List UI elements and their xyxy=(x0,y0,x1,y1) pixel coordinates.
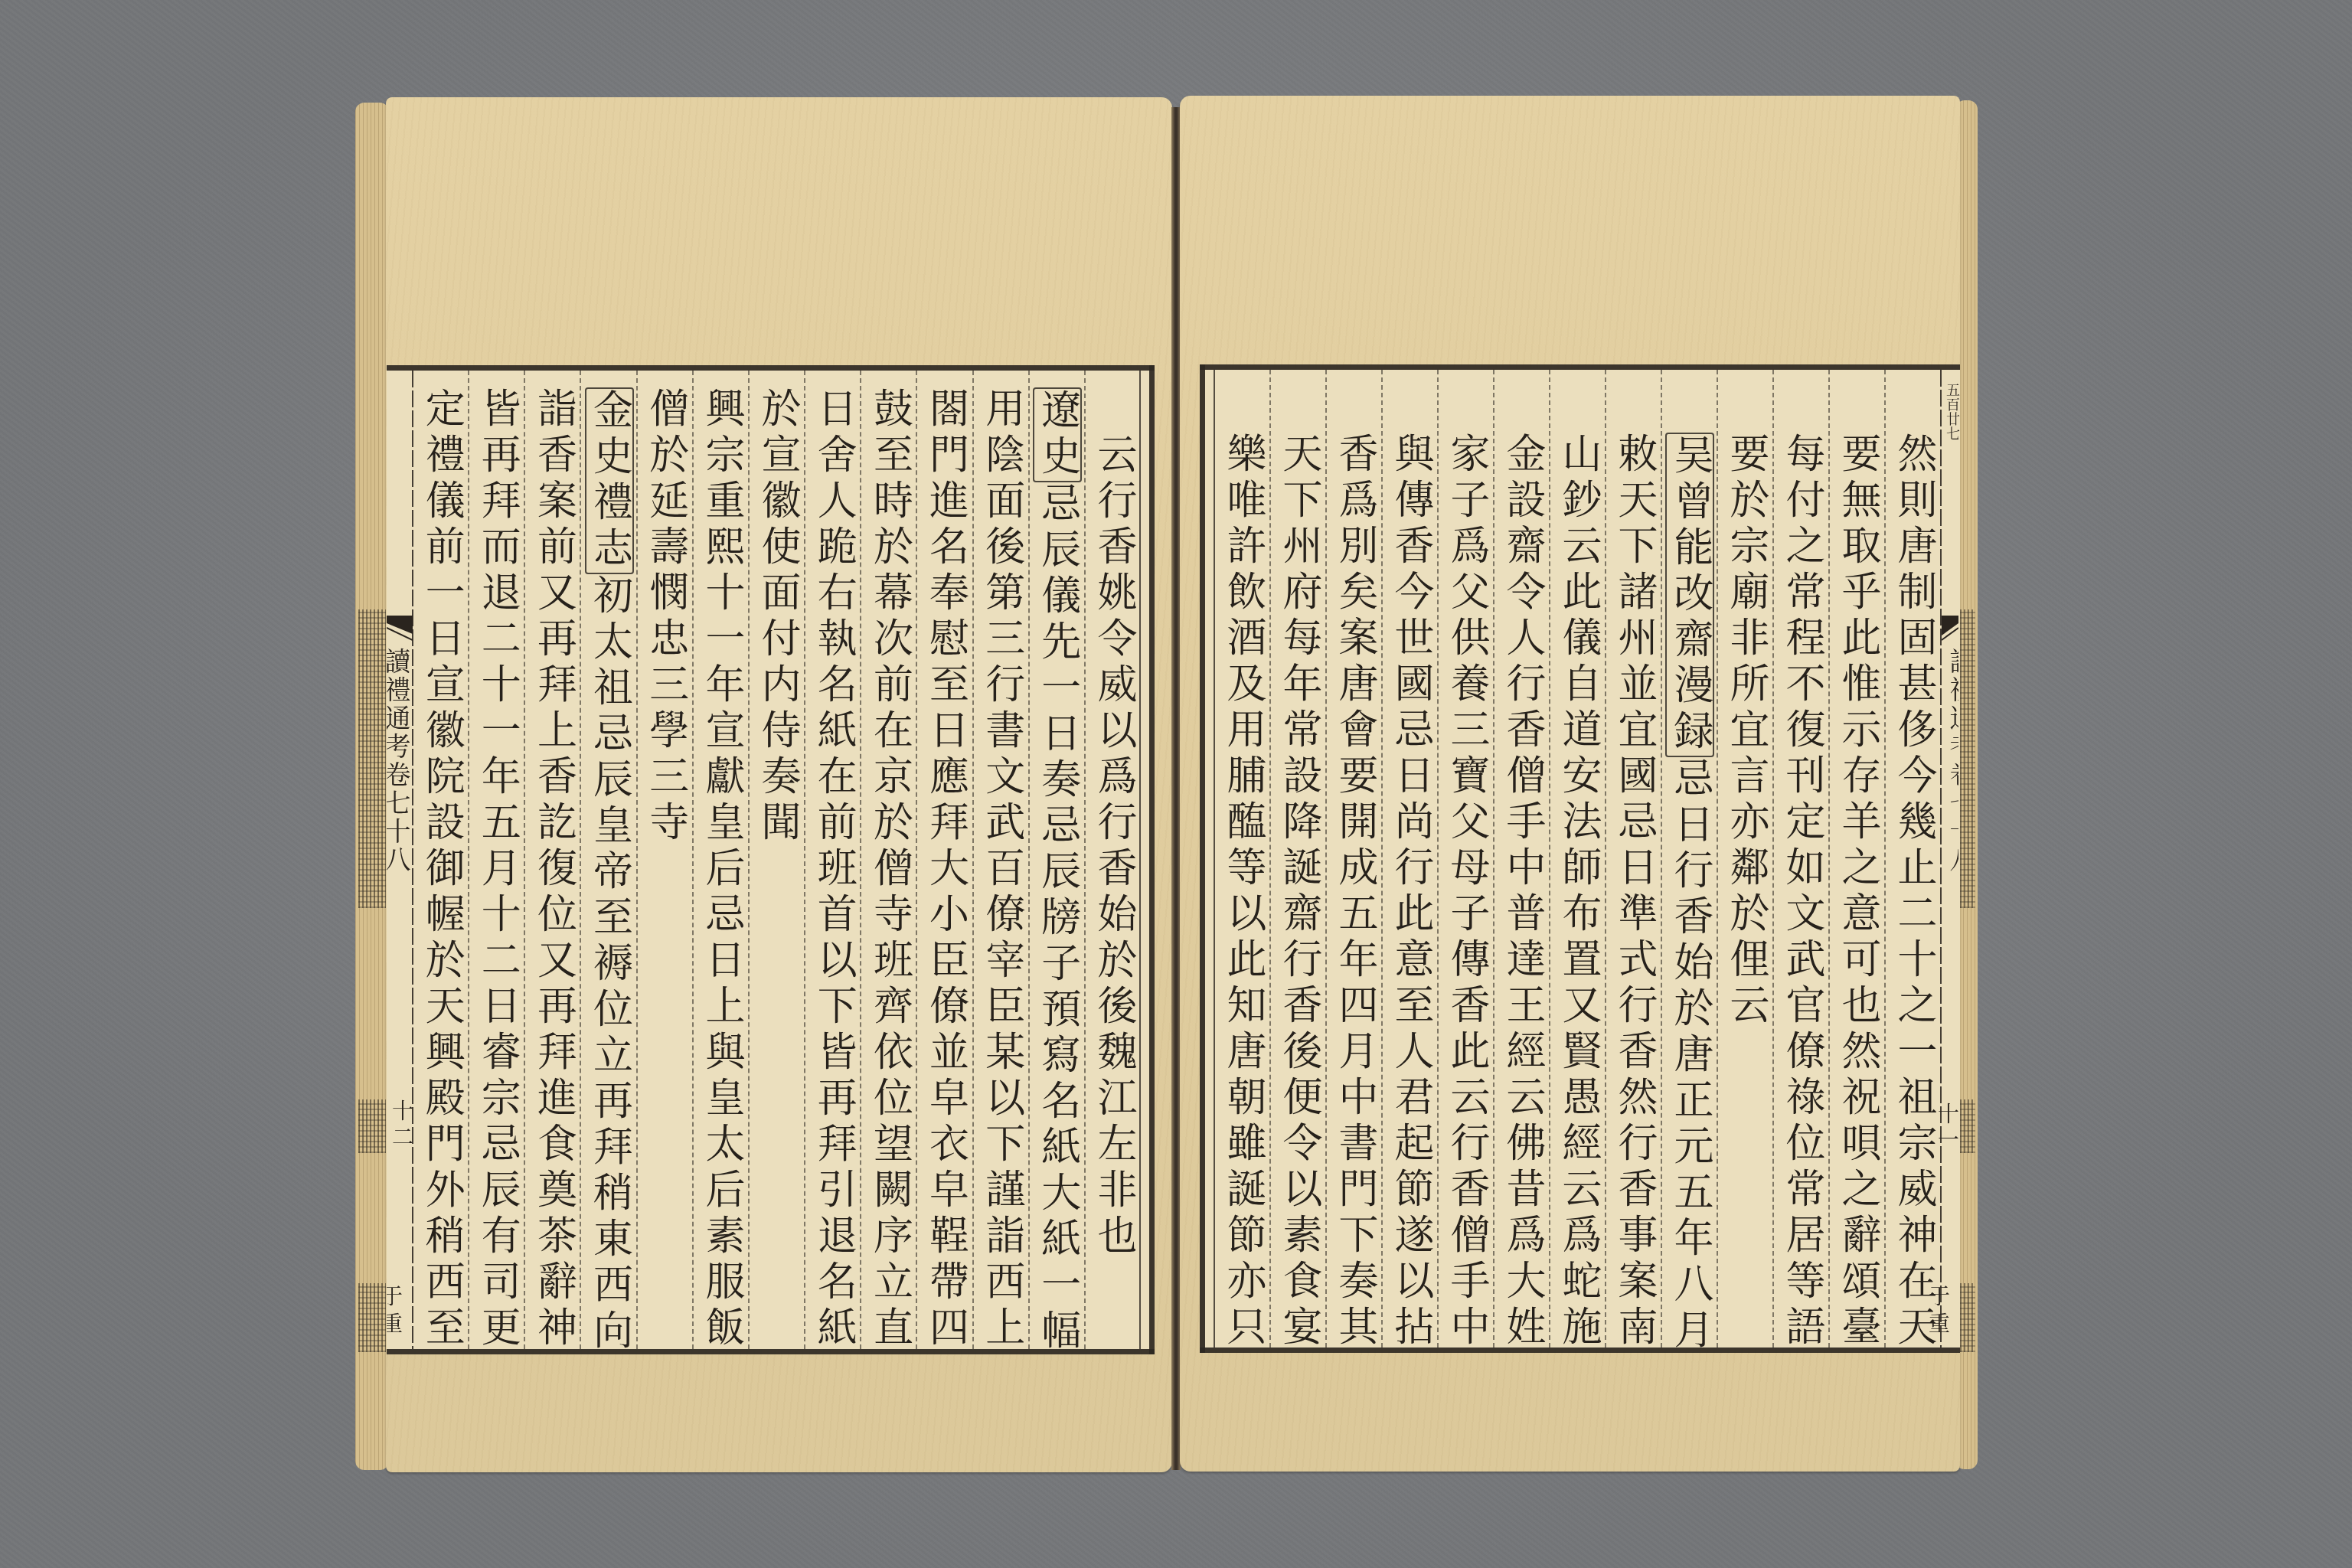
column-text: 樂唯許飲酒及用脯醢等以此知唐朝雖誕節亦只 xyxy=(1220,433,1266,1351)
column-text: 鼓至時於幕次前在京於僧寺班齊依位望闕序立直 xyxy=(866,387,912,1352)
text-column: 用陰面後第三行書文武百僚宰臣某以下謹詣西上 xyxy=(972,371,1028,1349)
fishtail-mark-right xyxy=(1942,616,1958,643)
text-column: 金史禮志初太祖忌辰皇帝至褥位立再拜稍東西向 xyxy=(580,371,635,1349)
right-banxin-title-clip: 讀禮通考卷七十八 xyxy=(1942,645,1958,890)
left-frame-right-border xyxy=(1149,365,1155,1354)
text-column: 然則唐制固甚侈今幾止二十之一祖宗威神在天 xyxy=(1884,370,1940,1347)
column-text: 忌辰儀先一日奏忌辰牓子預寫名紙大紙一幅 xyxy=(1034,482,1080,1355)
book-title-mark: 吴曾能改齋漫録 xyxy=(1665,433,1714,757)
column-text: 與傳香今世國忌日尚行此意至人君起節遂以拈 xyxy=(1387,433,1433,1351)
fishtail-mark-left xyxy=(387,616,413,643)
column-text: 皆再拜而退二十一年五月十二日睿宗忌辰有司更 xyxy=(474,387,520,1352)
text-column: 要於宗廟非所宜言亦鄰於俚云 xyxy=(1717,370,1772,1347)
text-column: 香爲別矣案唐會要開成五年四月中書門下奏其 xyxy=(1325,370,1381,1347)
text-column: 要無取乎此惟示存羊之意可也然祝唄之辭頌臺 xyxy=(1828,370,1884,1347)
column-text: 閤門進名奉慰至日應拜大小臣僚並皁衣皁鞓帶四 xyxy=(923,387,969,1352)
column-text: 要無取乎此惟示存羊之意可也然祝唄之辭頌臺 xyxy=(1834,433,1880,1351)
text-column: 日舍人跪右執名紙在前班首以下皆再拜引退名紙 xyxy=(804,371,860,1349)
text-column: 皆再拜而退二十一年五月十二日睿宗忌辰有司更 xyxy=(468,371,524,1349)
text-column: 敕天下諸州並宜國忌日準式行香然行香事案南 xyxy=(1605,370,1661,1347)
column-text: 云行香姚令威以爲行香始於後魏江左非也 xyxy=(1090,433,1136,1260)
column-text: 初太祖忌辰皇帝至褥位立再拜稍東西向 xyxy=(586,574,632,1355)
text-column: 於宣徽使面付内侍奏聞 xyxy=(748,371,804,1349)
text-column: 興宗重熙十一年宣獻皇后忌日上與皇太后素服飯 xyxy=(692,371,748,1349)
column-text: 忌日行香始於唐正元五年八月 xyxy=(1667,757,1713,1354)
text-column: 山鈔云此儀自道安法師布置又賢愚經云爲蛇施 xyxy=(1549,370,1605,1347)
text-column: 鼓至時於幕次前在京於僧寺班齊依位望闕序立直 xyxy=(860,371,916,1349)
column-text: 然則唐制固甚侈今幾止二十之一祖宗威神在天 xyxy=(1890,433,1936,1351)
column-text: 用陰面後第三行書文武百僚宰臣某以下謹詣西上 xyxy=(978,387,1024,1352)
column-text: 興宗重熙十一年宣獻皇后忌日上與皇太后素服飯 xyxy=(698,387,744,1352)
left-carver-mark: 于重 xyxy=(387,1285,401,1340)
text-column: 天下州府每年常設降誕齋行香後便令以素食宴 xyxy=(1269,370,1325,1347)
text-column: 定禮儀前一日宣徽院設御幄於天興殿門外稍西至 xyxy=(413,371,468,1349)
column-text: 僧於延壽憫忠三學三寺 xyxy=(642,387,688,847)
column-text: 定禮儀前一日宣徽院設御幄於天興殿門外稍西至 xyxy=(418,387,464,1352)
column-text: 詣香案前又再拜上香訖復位又再拜進食奠茶辭神 xyxy=(530,387,576,1352)
left-page-text-columns: 云行香姚令威以爲行香始於後魏江左非也 遼史忌辰儀先一日奏忌辰牓子預寫名紙大紙一幅… xyxy=(413,371,1140,1349)
left-banxin-title-clip: 讀禮通考卷七十八 xyxy=(387,645,412,890)
right-stack-ink-marks-bottom xyxy=(1960,1283,1975,1352)
column-text: 家子爲父供養三寶父母子傳香此云行香僧手中 xyxy=(1443,433,1489,1351)
column-text: 於宣徽使面付内侍奏聞 xyxy=(754,387,800,847)
text-column: 詣香案前又再拜上香訖復位又再拜進食奠茶辭神 xyxy=(524,371,580,1349)
book-title-mark: 金史禮志 xyxy=(585,387,634,574)
left-frame-top-border xyxy=(387,365,1155,371)
right-frame-left-border xyxy=(1200,364,1205,1353)
column-text: 敕天下諸州並宜國忌日準式行香然行香事案南 xyxy=(1611,433,1657,1351)
left-stack-ink-marks xyxy=(358,609,386,908)
right-page-text-columns: 然則唐制固甚侈今幾止二十之一祖宗威神在天 要無取乎此惟示存羊之意可也然祝唄之辭頌… xyxy=(1215,370,1940,1347)
column-text: 山鈔云此儀自道安法師布置又賢愚經云爲蛇施 xyxy=(1555,433,1601,1351)
left-leaf-number-box: 十二 xyxy=(389,1099,413,1153)
column-text: 金設齋令人行香僧手中普達王經云佛昔爲大姓 xyxy=(1499,433,1545,1351)
left-stack-ink-marks-lower xyxy=(358,1099,386,1153)
book-title-mark: 遼史 xyxy=(1033,387,1082,482)
left-carver-clip: 于重 xyxy=(387,1283,402,1349)
column-text: 每付之常程不復刊定如文武官僚祿位常居等語 xyxy=(1779,433,1824,1351)
right-banxin-title: 讀禮通考卷七十八 xyxy=(1947,648,1958,874)
text-column: 僧於延壽憫忠三學三寺 xyxy=(636,371,692,1349)
right-char-count: 五百廿七 xyxy=(1944,383,1959,441)
left-banxin-title: 讀禮通考卷七十八 xyxy=(387,648,408,874)
right-frame-top-border xyxy=(1200,364,1960,370)
text-column: 閤門進名奉慰至日應拜大小臣僚並皁衣皁鞓帶四 xyxy=(916,371,972,1349)
right-stack-ink-marks-lower xyxy=(1960,1099,1975,1153)
text-column: 金設齋令人行香僧手中普達王經云佛昔爲大姓 xyxy=(1493,370,1549,1347)
column-text: 要於宗廟非所宜言亦鄰於俚云 xyxy=(1723,433,1769,1030)
text-column: 云行香姚令威以爲行香始於後魏江左非也 xyxy=(1084,371,1140,1349)
text-column: 與傳香今世國忌日尚行此意至人君起節遂以拈 xyxy=(1381,370,1437,1347)
text-column: 家子爲父供養三寶父母子傳香此云行香僧手中 xyxy=(1437,370,1493,1347)
text-column: 吴曾能改齋漫録忌日行香始於唐正元五年八月 xyxy=(1661,370,1717,1347)
text-column: 每付之常程不復刊定如文武官僚祿位常居等語 xyxy=(1772,370,1828,1347)
left-stack-ink-marks-bottom xyxy=(358,1283,386,1352)
right-char-count-box: 五百廿七 xyxy=(1944,383,1959,447)
right-stack-ink-marks xyxy=(1960,609,1975,908)
column-text: 日舍人跪右執名紙在前班首以下皆再拜引退名紙 xyxy=(810,387,856,1352)
left-leaf-number: 十二 xyxy=(390,1099,413,1151)
column-text: 天下州府每年常設降誕齋行香後便令以素食宴 xyxy=(1276,433,1321,1351)
text-column: 遼史忌辰儀先一日奏忌辰牓子預寫名紙大紙一幅 xyxy=(1028,371,1084,1349)
text-column: 樂唯許飲酒及用脯醢等以此知唐朝雖誕節亦只 xyxy=(1215,370,1269,1347)
column-text: 香爲別矣案唐會要開成五年四月中書門下奏其 xyxy=(1331,433,1377,1351)
